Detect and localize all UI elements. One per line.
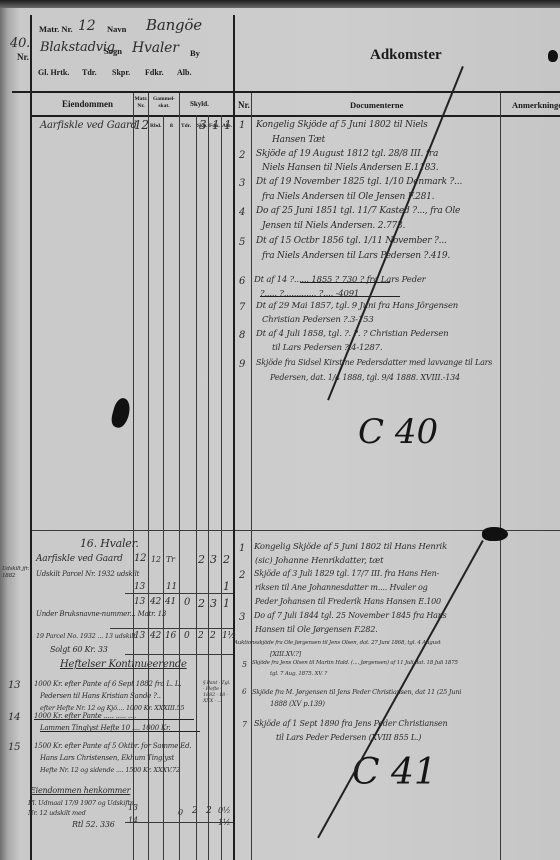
fdkr-label: Fdkr. [145,68,164,77]
left-margin-number: 40. [10,36,30,51]
doc-nr: 1 [239,120,245,131]
col-tdr: Tdr. [181,123,191,129]
doc-line: fra Niels Andersen til Lars Pedersen ?.4… [262,251,450,261]
left-margin-label: Nr. [17,52,29,62]
rule-skyld-d [221,115,222,860]
register-page: 40. Nr. Matr. Nr. 12 Navn Bangöe Blaksta… [0,0,560,860]
strike-line [40,731,200,732]
section-divider [30,530,560,531]
total-rule [125,822,233,823]
row-skyld: 3 [210,553,217,566]
row-skyld: 2 [198,631,204,641]
row-skyld: 3 [210,597,217,610]
doc-line: Dt af 29 Mai 1857, tgl. 9 Juni fra Hans … [256,301,458,311]
s2-stamp: C 41 [352,752,437,793]
row-skyld: 0 [184,597,190,608]
heftelse-line: efter Hefte Nr. 12 og Kjö.... 1000 Kr. X… [40,704,184,712]
doc-line: 1888 (XV p.139) [270,700,325,708]
adkomster-title: Adkomster [370,47,442,64]
eiendommen-note-line: Ifl. Udmaal 17/9 1907 og Udskiftn. [28,799,136,807]
doc-line: Dt af 15 Octbr 1856 tgl. 1/11 November ?… [256,236,447,246]
heftelse-nr: 15 [8,742,20,753]
navn-label: Navn [107,24,126,34]
final-row-matr: 14 [128,816,138,825]
col-skyld: Skyld. [190,100,209,108]
row-label: Udskilt Parcel Nr. 1932 udskilt [36,570,139,578]
doc-nr: 2 [239,570,245,581]
doc-nr: 6 [239,276,245,287]
s1-skyld-skp: 3 [199,118,206,132]
doc-nr: 1 [239,543,245,554]
row-matr: 13 [134,582,145,592]
row-label: 19 Parcel No. 1932 ... 13 udskilt [36,632,136,640]
skpr-label: Skpr. [112,68,130,77]
final-row-skyld: 2 [206,806,212,816]
row-matr: 12 [134,553,146,564]
doc-line: til Lars Peder Pedersen (XVIII 855 L.) [276,733,421,742]
doc-line: (sic) Johanne Henrikdatter, tæt [255,556,383,566]
row-skyld: 2 [223,553,230,566]
doc-line: Skjöde af 3 Juli 1829 tgl. 17/7 III. fra… [254,569,439,578]
rule-left [30,15,32,860]
doc-line: riksen til Ane Johannesdatter m.... Hval… [255,583,428,592]
s1-skyld-fdk: 1 [212,118,219,132]
doc-nr: 3 [239,612,245,623]
gl-hrtk-label: Gl. Hrtk. [38,68,69,77]
heftelse-line: Pedersen til Hans Kristian Sande ?.. [40,692,161,700]
doc-nr: 3 [239,178,245,189]
s1-skyld-alb: 1 [224,118,231,132]
col-gammel-sk: ß [170,123,173,129]
col-anmerkninger: Anmerkninger [512,100,560,110]
row-label: Under Bruksnavne-nummer... Matr. 13 [36,610,166,618]
sogn-label: Sogn [104,46,122,56]
doc-line: Skjöde fra M. Jørgensen til Jens Peder C… [252,688,461,696]
rule-anm [500,93,501,860]
heftelse-nr: 13 [8,680,20,691]
row-skyld: 1 [223,597,230,610]
rule-doc [251,93,252,860]
col-gammelskat: Gammel-skat. [149,96,179,110]
doc-line: Jensen til Niels Andersen. 2.773. [262,221,405,231]
row-skyld: 2 [198,553,205,566]
scan-edge-shadow [0,0,560,8]
matr-nr-label: Matr. Nr. [39,24,73,34]
doc-line: Peder Johansen til Frederik Hans Hansen … [255,597,441,606]
row-skyld: 2 [210,631,216,641]
doc-nr: 6 [242,688,246,696]
row-g1: 42 [150,597,161,607]
doc-line: Pedersen, dat. 1/4 1888, tgl. 9/4 1888. … [270,373,460,382]
sogn-value: Hvaler [132,40,179,56]
col-matr-nr: Matr. Nr. [134,96,148,110]
doc-nr: 4 [239,207,245,218]
s1-stamp: C 40 [358,412,438,452]
rule-nr [233,15,235,860]
doc-line: Auktionsskjöde fra Ole Jørgensen til Jen… [234,640,441,646]
doc-line: tgl. 7 Aug. 1875. XV. ? [270,671,327,677]
heftelser-title: Heftelser Kontinueerende [60,659,187,670]
final-row-matr: 13 [128,803,138,812]
doc-line: Hansen Tæt [272,135,325,145]
subtotal-rule [125,593,233,594]
s1-matr: 12 [134,118,149,132]
marginal-scribbles: § Pant · Tgl. · Hefte · 1882 · 18 · XXX … [203,680,233,704]
final-row-skyld: 0 [178,808,183,817]
doc-line: Do af 7 Juli 1844 tgl. 25 November 1845 … [254,611,447,620]
row-g2: 41 [165,597,176,607]
col-documenterne: Documenterne [350,100,403,110]
header-rule-bottom [30,115,560,117]
header-rule-top [12,91,560,93]
subtotal-rule [125,654,233,655]
heftelse-line: Hefte Nr. 12 og sidende .... 1500 Kr. XX… [40,766,180,774]
eiendommen-note-line: Rtl 52. 336 [72,820,115,829]
row-g2: Tr [166,555,175,564]
by-label: By [190,48,200,58]
doc-line: Do af 25 Juni 1851 tgl. 11/7 Kasted ?...… [256,206,460,216]
s1-property: Aarfiskle ved Gaard [40,120,137,131]
row-g1: 42 [150,631,161,641]
s2-title: 16. Hvaler. [80,537,139,550]
doc-line: Dt af 19 November 1825 tgl. 1/10 Denmark… [256,177,462,187]
strike-line [260,296,400,297]
row-g2: 11 [166,582,177,592]
ink-blot [482,527,508,541]
rule-skyld-b [196,115,197,860]
doc-nr: 5 [239,237,245,248]
final-row-skyld: 1½ [218,818,230,827]
heftelse-line: Hans Lars Christensen, Ekhum Tinglyst [40,754,174,762]
row-g2: 16 [165,631,176,641]
eiendommen-note-title: Eiendommen henkommer [30,786,130,795]
alb-label: Alb. [177,68,191,77]
row-g1: 12 [151,555,161,564]
rule-skyld-c [208,115,209,860]
row-label: Aarfiskle ved Gaard [36,554,123,564]
row-skyld: 1 [223,580,230,593]
heftelse-line: 1000 Kr. efter Pante af 6 Sept 1882 fra … [34,680,181,688]
doc-nr: 5 [242,660,247,669]
ink-blot [109,396,132,429]
row-skyld: 0 [184,631,190,641]
doc-line: Kongelig Skjöde af 5 Juni 1802 til Niels [256,120,428,130]
doc-line: Hansen til Ole Jørgensen F.282. [255,625,378,634]
matr-nr-value: 12 [78,18,95,34]
doc-line: Kongelig Skjöde af 5 Juni 1802 til Hans … [254,542,447,552]
doc-line: Skjöde fra Jens Olsen til Martin Hald. (… [252,660,458,666]
strike-line [34,719,194,720]
final-row-skyld: 2 [192,806,198,816]
row-matr: 13 [134,597,145,607]
final-row-skyld: 0½ [218,806,230,815]
doc-line: Niels Hansen til Niels Andersen E.1183. [262,163,438,173]
doc-nr: 2 [239,150,245,161]
row-matr: 13 [134,631,145,641]
col-nr: Nr. [238,100,250,110]
doc-nr: 9 [239,359,245,370]
col-eiendommen: Eiendommen [62,99,113,109]
doc-nr: 7 [242,720,247,729]
doc-line-struck: ?..... ?............. ?.... -4091 [260,289,359,299]
doc-line: Skjöde af 1 Sept 1890 fra Jens Peder Chr… [254,719,447,728]
doc-line: Skjöde fra Sidsel Kirstine Pedersdatter … [256,358,492,367]
doc-nr: 8 [239,330,245,341]
heftelse-nr: 14 [8,712,20,723]
col-gammel-rbd: Rbd. [150,123,161,129]
doc-nr: 7 [239,302,245,313]
navn-value: Bangöe [146,16,202,34]
eiendommen-note-line: Nr. 12 udskilt med [28,809,86,817]
row-label: Solgt 60 Kr. 33 [50,645,108,654]
ink-blot [548,50,558,62]
subtotal-rule [110,628,233,629]
doc-line: til Lars Pedersen ?.4-1287. [272,343,382,353]
doc-line: [XIII.XV.?] [270,650,301,658]
doc-line-struck: Dt af 14 ?...... 1855 ? 730 ? fra Lars P… [254,275,426,285]
row-skyld: 2 [198,597,205,610]
heftelse-line: 1500 Kr. efter Pante af 5 Oktbr. for Sam… [34,742,191,750]
tdr-label: Tdr. [82,68,97,77]
s2-margin-note: Udskilt jfr. 1882 [2,566,30,580]
doc-line: Skjöde af 19 August 1812 tgl. 28/8 III. … [256,149,438,159]
